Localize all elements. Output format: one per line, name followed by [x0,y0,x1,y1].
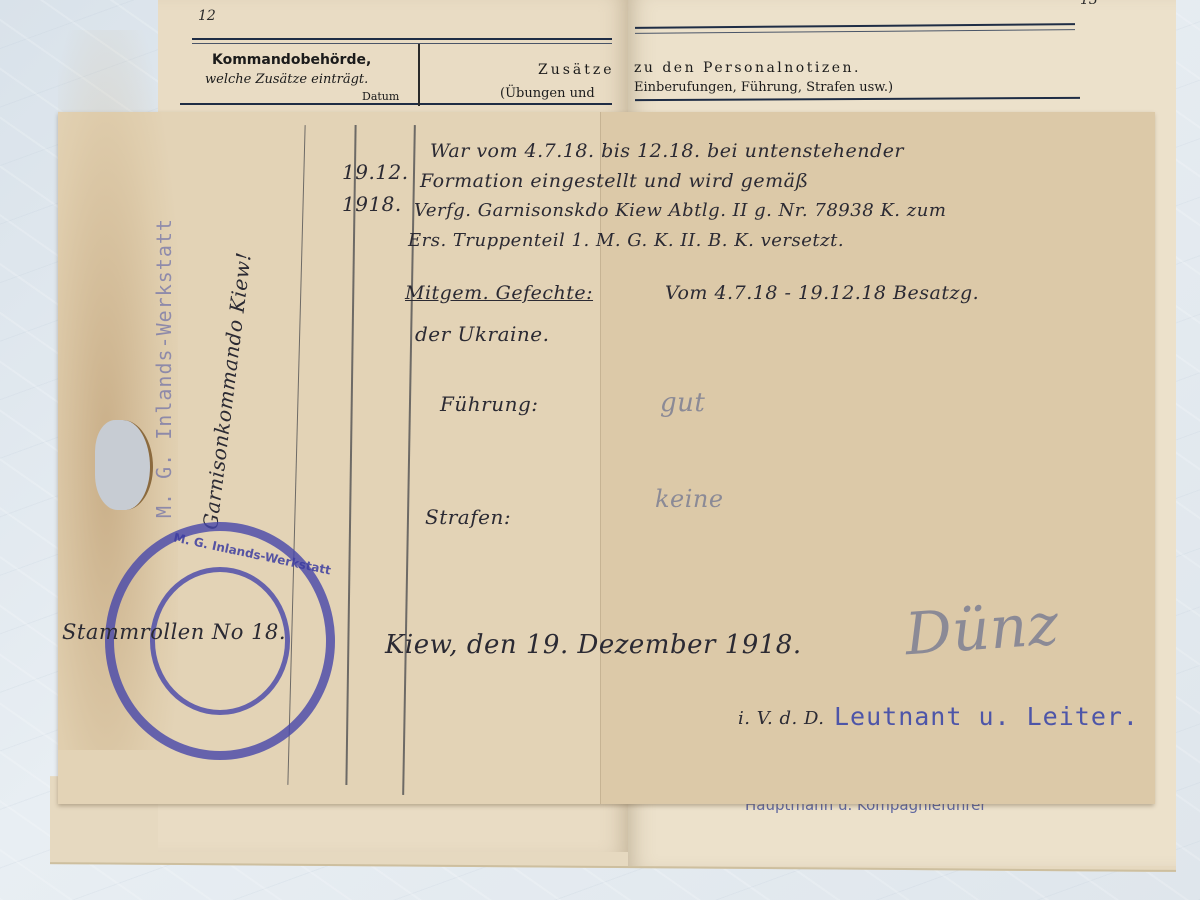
campaign-label: Mitgem. Gefechte: [405,282,593,304]
campaign-text-continued: der Ukraine. [415,322,550,346]
entry-line-1: War vom 4.7.18. bis 12.18. bei untensteh… [430,140,904,162]
header-col1-subtitle: welche Zusätze einträgt. [205,72,368,87]
conduct-value: gut [660,388,705,418]
margin-stamp: M. G. Inlands-Werkstatt [152,218,176,518]
campaign-text: Vom 4.7.18 - 19.12.18 Besatzg. [665,282,979,304]
signature-prefix: i. V. d. D. [738,708,824,729]
header-rule-bottom-left [180,103,612,105]
header-rule-top-left-thin [192,43,612,44]
punishments-label: Strafen: [425,505,511,529]
torn-corner [95,420,153,510]
page-number-left: 12 [198,8,216,24]
entry-line-2: Formation eingestellt und wird gemäß [420,170,809,192]
header-column-divider [418,44,420,106]
rank-stamp: Leutnant u. Leiter. [834,702,1139,731]
header-date-label: Datum [362,90,399,103]
header-rule-top-left [192,38,612,40]
header-col2-title: Zusätze [538,62,615,78]
entry-date-day: 19.12. [342,160,409,184]
conduct-label: Führung: [440,392,539,416]
entry-date-year: 1918. [342,192,402,216]
officer-signature: Dünz [903,590,1061,669]
page-number-right: 13 [1080,0,1098,8]
header-col2-subtitle: (Übungen und [500,86,595,101]
entry-line-4: Ers. Truppenteil 1. M. G. K. II. B. K. v… [408,230,844,251]
header-col3-subtitle: Einberufungen, Führung, Strafen usw.) [634,80,893,95]
punishments-value: keine [655,485,724,513]
place-and-date: Kiew, den 19. Dezember 1918. [385,630,802,660]
round-stamp-handwriting: Stammrollen No 18. [62,620,286,644]
header-col3-title: zu den Personalnotizen. [634,60,861,76]
header-col1-title: Kommandobehörde, [212,52,371,68]
entry-line-3: Verfg. Garnisonskdo Kiew Abtlg. II g. Nr… [414,200,946,221]
